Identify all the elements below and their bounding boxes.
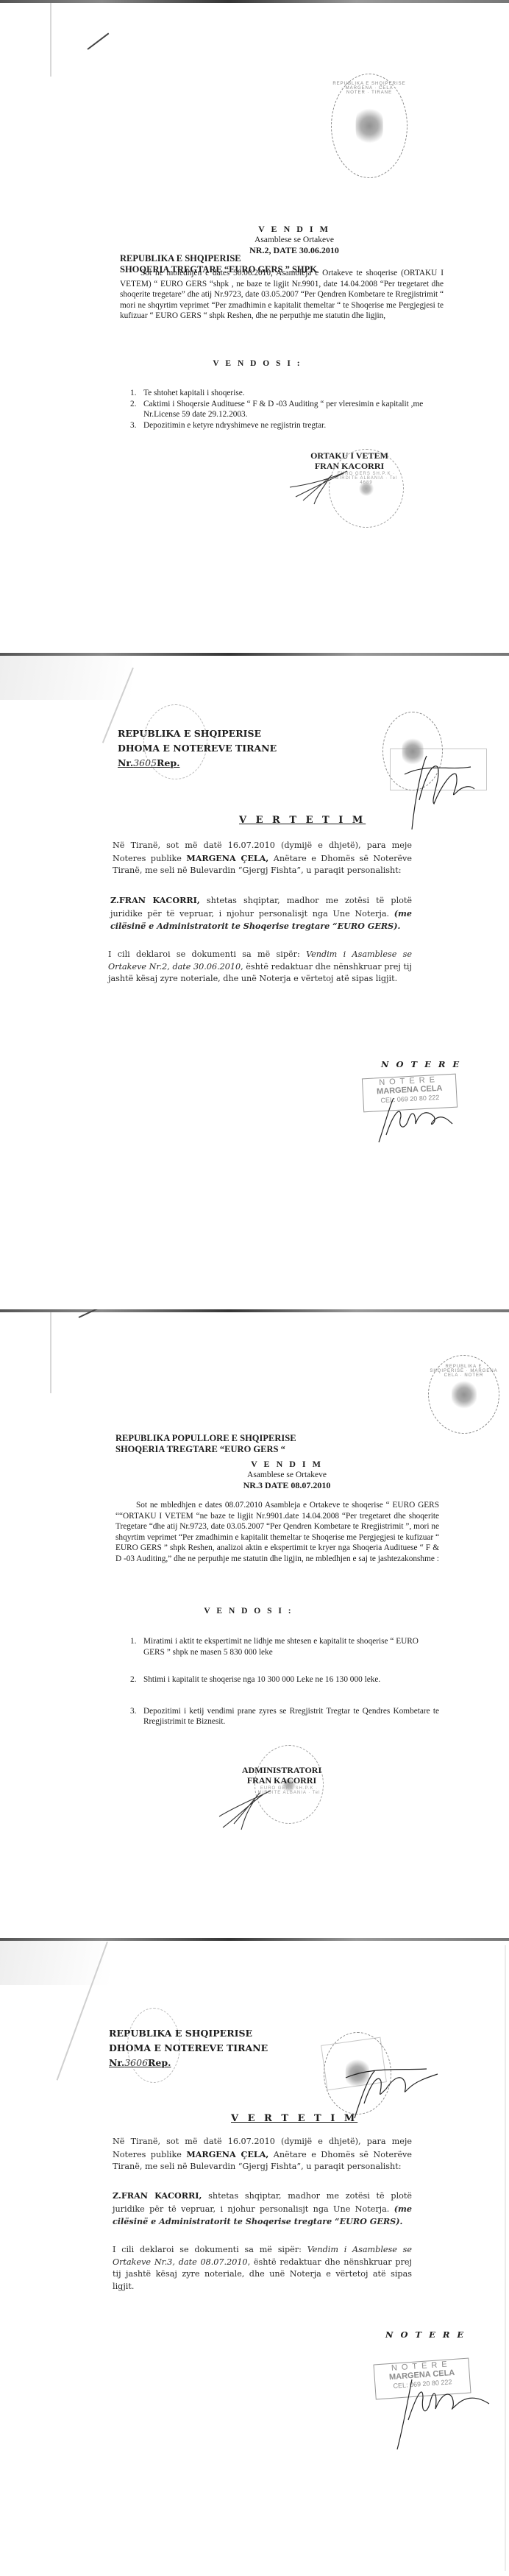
decision-number-date: NR.3 DATE 08.07.2010 bbox=[103, 1480, 471, 1491]
notary-chamber-header: REPUBLIKA E SHQIPERISE DHOMA E NOTEREVE … bbox=[118, 726, 277, 771]
certification-para-3: I cili deklaroi se dokumenti sa më sipër… bbox=[113, 2244, 412, 2293]
certification-title: V E R T E T I M bbox=[231, 2113, 357, 2124]
notary-signature-label: N O T E R E bbox=[381, 1059, 461, 1069]
certification-para-2: Z.FRAN KACORRI, shtetas shqiptar, madhor… bbox=[113, 2190, 412, 2229]
certification-para-3: I cili deklaroi se dokumenti sa më sipër… bbox=[108, 949, 412, 986]
decision-title: V E N D I M bbox=[110, 224, 478, 235]
signer-block: ADMINISTRATORI FRAN KACORRI bbox=[234, 1765, 330, 1786]
decision-item: 3.Depozitimi i ketij vendimi prane zyres… bbox=[130, 1706, 439, 1727]
page-3-vendim: REPUBLIKA E SHQIPERISE · MARGENA CELA · … bbox=[0, 1309, 509, 1938]
certification-title: V E R T E T I M bbox=[239, 815, 366, 826]
signature-cela bbox=[390, 2368, 493, 2449]
decision-item: 1.Te shtohet kapitali i shoqerise. bbox=[130, 388, 446, 399]
signature-kacorri bbox=[288, 471, 355, 515]
company-emblem-icon bbox=[359, 481, 374, 496]
decision-title: V E N D I M bbox=[103, 1459, 471, 1470]
signer-name: FRAN KACORRI bbox=[234, 1775, 330, 1786]
scan-margin-line bbox=[50, 1312, 51, 1393]
decision-list: 1.Te shtohet kapitali i shoqerise. 2.Cak… bbox=[130, 388, 446, 431]
decision-body: Sot ne mbledhjen e dates 30.06.2010, Asa… bbox=[120, 268, 444, 322]
decision-item: 3.Depozitimin e ketyre ndryshimeve ne re… bbox=[130, 420, 446, 431]
signature-cela bbox=[375, 1091, 456, 1142]
notary-signature-label: N O T E R E bbox=[385, 2329, 466, 2340]
decision-item: 1.Miratimi i aktit te ekspertimit ne lid… bbox=[130, 1636, 439, 1657]
certification-para-1: Në Tiranë, sot më datë 16.07.2010 (dymij… bbox=[113, 840, 412, 877]
decision-title-block: V E N D I M Asamblese se Ortakeve NR.3 D… bbox=[103, 1459, 471, 1491]
page-top-edge bbox=[0, 1309, 509, 1312]
appearing-person: Z.FRAN KACORRI, bbox=[113, 2190, 202, 2201]
certification-para-2: Z.FRAN KACORRI, shtetas shqiptar, madhor… bbox=[110, 894, 412, 933]
signer-title: ADMINISTRATORI bbox=[234, 1765, 330, 1775]
page-4-vertetim: REPUBLIKA E SHQIPERISE DHOMA E NOTEREVE … bbox=[0, 1938, 509, 2576]
decision-item: 2.Caktimi i Shoqersie Audituese “ F & D … bbox=[130, 399, 446, 420]
notary-round-stamp: REPUBLIKA E SHQIPERISE · MARGENA · CELA … bbox=[331, 74, 407, 178]
repertory-number: Nr.3606Rep. bbox=[109, 2056, 268, 2070]
scan-margin-line bbox=[50, 3, 51, 77]
notary-chamber-header: REPUBLIKA E SHQIPERISE DHOMA E NOTEREVE … bbox=[109, 2026, 268, 2070]
decision-item: 2.Shtimi i kapitalit te shoqerise nga 10… bbox=[130, 1674, 439, 1685]
page-1-vendim: REPUBLIKA E SHQIPERISE · MARGENA · CELA … bbox=[0, 0, 509, 653]
page-2-vertetim: REPUBLIKA E SHQIPERISE DHOMA E NOTEREVE … bbox=[0, 653, 509, 1309]
eagle-emblem-icon bbox=[356, 105, 383, 146]
notary-name: MARGENA ÇELA, bbox=[186, 853, 268, 863]
pen-mark bbox=[87, 33, 109, 50]
signature-cela bbox=[346, 2048, 441, 2118]
decision-list: 1.Miratimi i aktit te ekspertimit ne lid… bbox=[130, 1636, 439, 1727]
scan-margin-line bbox=[505, 1945, 506, 2571]
decision-body: Sot ne mbledhjen e dates 08.07.2010 Asam… bbox=[115, 1500, 439, 1565]
page-top-edge bbox=[0, 0, 509, 3]
repertory-number: Nr.3605Rep. bbox=[118, 756, 277, 771]
eagle-emblem-icon bbox=[451, 1379, 476, 1410]
decision-heading: V E N D O S I : bbox=[65, 1607, 433, 1616]
certification-para-1: Në Tiranë, sot më datë 16.07.2010 (dymij… bbox=[113, 2136, 412, 2173]
decision-title-block: V E N D I M Asamblese se Ortakeve NR.2, … bbox=[110, 224, 478, 256]
signature-kacorri bbox=[219, 1787, 278, 1831]
notary-round-stamp: REPUBLIKA E SHQIPERISE · MARGENA CELA · … bbox=[428, 1355, 499, 1434]
company-header: REPUBLIKA POPULLORE E SHQIPERISE SHOQERI… bbox=[115, 1433, 296, 1455]
decision-number-date: NR.2, DATE 30.06.2010 bbox=[110, 245, 478, 256]
decision-heading: V E N D O S I : bbox=[74, 359, 441, 368]
notary-name: MARGENA ÇELA, bbox=[186, 2149, 268, 2159]
decision-subtitle: Asamblese se Ortakeve bbox=[103, 1470, 471, 1480]
appearing-person: Z.FRAN KACORRI, bbox=[110, 895, 200, 905]
signature-cela bbox=[397, 734, 478, 829]
decision-subtitle: Asamblese se Ortakeve bbox=[110, 235, 478, 245]
